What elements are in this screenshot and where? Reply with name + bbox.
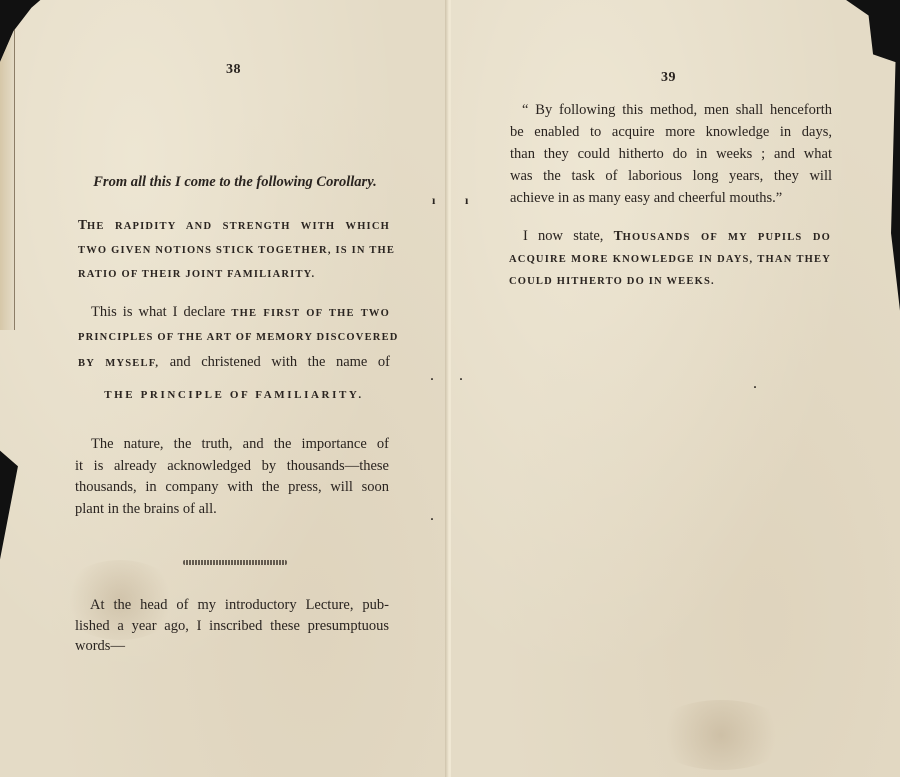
nature-line-2: it is already acknowledged by thousands—…	[75, 456, 389, 478]
page-number-right: 39	[661, 70, 676, 86]
corollary-statement: THE RAPIDITY AND STRENGTH WITH WHICH TWO…	[78, 213, 390, 287]
heading-text: From all this I come to the following Co…	[86, 171, 384, 193]
quote-line-4: was the task of laborious long years, th…	[510, 165, 832, 187]
nature-line-3: thousands, in company with the press, wi…	[75, 477, 389, 499]
binding-mark: ı	[465, 193, 468, 208]
principle-title: THE PRINCIPLE OF FAMILIARITY.	[78, 384, 390, 406]
left-page: 38 From all this I come to the following…	[0, 0, 449, 777]
quote-line-1: “ By following this method, men shall he…	[510, 99, 832, 121]
page-number-left: 38	[226, 62, 241, 78]
declaration-paragraph: This is what I declare THE FIRST OF THE …	[78, 300, 390, 376]
right-page: 39 “ By following this method, men shall…	[451, 0, 900, 777]
statement-line-2: ACQUIRE MORE KNOWLEDGE IN DAYS, THAN THE…	[509, 249, 831, 271]
paper-stain	[651, 700, 791, 770]
quote-line-5: achieve in as many easy and cheerful mou…	[510, 187, 832, 209]
nature-line-4: plant in the brains of all.	[75, 499, 389, 521]
statement-line-3: COULD HITHERTO DO IN WEEKS.	[509, 271, 831, 293]
binding-mark: ı	[432, 193, 435, 208]
quote-line-2: be enabled to acquire more knowledge in …	[510, 121, 832, 143]
lecture-paragraph: At the head of my introductory Lecture, …	[75, 595, 389, 657]
quote-line-3: than they could hitherto do in weeks ; a…	[510, 143, 832, 165]
principle-name: THE PRINCIPLE OF FAMILIARITY.	[78, 384, 390, 406]
ink-speck: ·	[753, 380, 757, 395]
quote-paragraph: “ By following this method, men shall he…	[510, 99, 832, 209]
lecture-line-2: lished a year ago, I inscribed these pre…	[75, 616, 389, 637]
binding-mark: ·	[459, 372, 463, 387]
torn-page-edge	[0, 30, 15, 330]
corollary-heading: From all this I come to the following Co…	[86, 171, 384, 193]
book-spread: 38 From all this I come to the following…	[0, 0, 900, 777]
lecture-line-1: At the head of my introductory Lecture, …	[75, 595, 389, 616]
binding-mark: ·	[430, 372, 434, 387]
statement-paragraph: I now state, THOUSANDS OF MY PUPILS DO A…	[509, 225, 831, 293]
nature-line-1: The nature, the truth, and the importanc…	[75, 434, 389, 456]
corollary-line-1: THE RAPIDITY AND STRENGTH WITH WHICH	[78, 213, 390, 239]
nature-paragraph: The nature, the truth, and the importanc…	[75, 434, 389, 520]
corollary-line-2: TWO GIVEN NOTIONS STICK TOGETHER, IS IN …	[78, 239, 390, 263]
corollary-line-3: RATIO OF THEIR JOINT FAMILIARITY.	[78, 263, 390, 287]
declaration-line-1: This is what I declare THE FIRST OF THE …	[78, 300, 390, 326]
binding-mark: ·	[430, 512, 434, 527]
statement-line-1: I now state, THOUSANDS OF MY PUPILS DO	[509, 225, 831, 249]
declaration-line-2: PRINCIPLES OF THE ART OF MEMORY DISCOVER…	[78, 326, 390, 350]
lecture-line-3: words—	[75, 636, 389, 657]
declaration-line-3: BY MYSELF, and christened with the name …	[78, 350, 390, 376]
decorative-wavy-rule	[183, 560, 287, 565]
